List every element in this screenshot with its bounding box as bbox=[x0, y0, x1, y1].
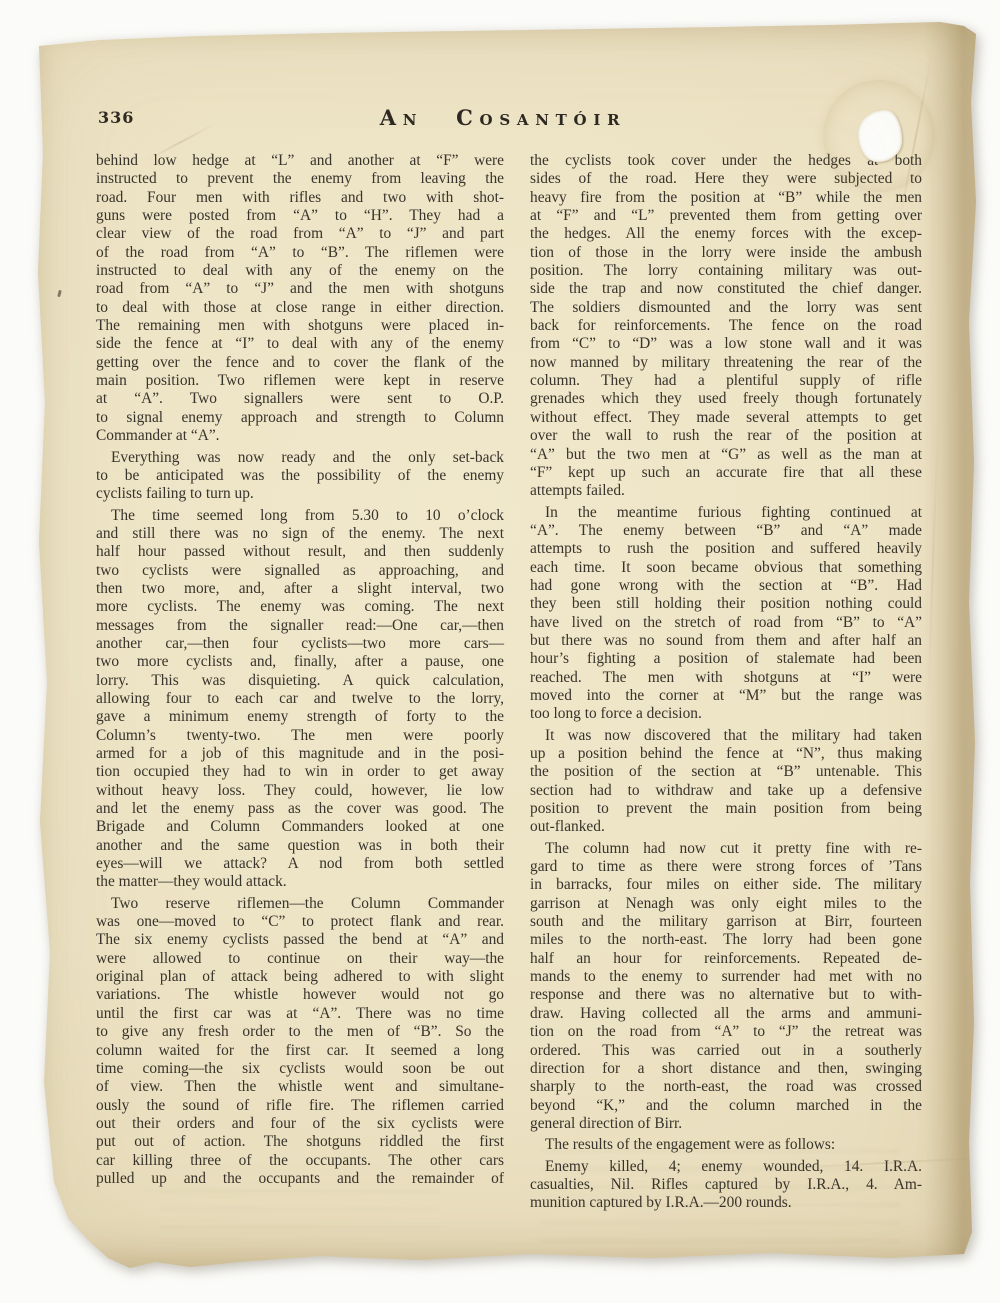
text-line: The column had now cut it pretty fine wi… bbox=[530, 840, 922, 858]
text-line: The remaining men with shotguns were pla… bbox=[96, 317, 504, 335]
text-line: to signal enemy approach and strength to… bbox=[96, 409, 504, 427]
text-line: beyond “K,” and the column marched in th… bbox=[530, 1097, 922, 1115]
text-line: sharply to the north-east, the road was … bbox=[530, 1078, 922, 1096]
text-line: but there was no sound from them and aft… bbox=[530, 632, 922, 650]
text-line: attempts to rush the position and suffer… bbox=[530, 540, 922, 558]
text-line: and let the enemy pass as the cover was … bbox=[96, 800, 504, 818]
crease-line bbox=[926, 402, 939, 722]
text-line: response and there was no alternative bu… bbox=[530, 986, 922, 1004]
paper-edge-shading bbox=[924, 22, 976, 1270]
text-line: draw. Having collected all the arms and … bbox=[530, 1005, 922, 1023]
text-line: allowing four to each car and twelve to … bbox=[96, 690, 504, 708]
text-line: tion on the road from “A” to “J” the ret… bbox=[530, 1023, 922, 1041]
text-line: “A”. The enemy between “B” and “A” made bbox=[530, 522, 922, 540]
text-line: too long to force a decision. bbox=[530, 705, 922, 723]
text-line: ordered. This was carried out in a south… bbox=[530, 1042, 922, 1060]
column-left: behind low hedge at “L” and another at “… bbox=[96, 152, 504, 1213]
text-line: “A” but the two men at “G” as well as th… bbox=[530, 446, 922, 464]
text-line: hour’s fighting a position of stalemate … bbox=[530, 650, 922, 668]
text-line: The results of the engagement were as fo… bbox=[530, 1136, 922, 1154]
text-line: another car,—then four cyclists—two more… bbox=[96, 635, 504, 653]
text-line: south and the military garrison at Birr,… bbox=[530, 913, 922, 931]
text-line: to be anticipated was the possibility of… bbox=[96, 467, 504, 485]
scanned-page: 336 An Cosantóir behind low hedge at “L”… bbox=[30, 22, 976, 1270]
text-line: ously the sound of rifle fire. The rifle… bbox=[96, 1097, 504, 1115]
text-line: eyes—will we attack? A nod from both set… bbox=[96, 855, 504, 873]
text-line: The time seemed long from 5.30 to 10 o’c… bbox=[96, 507, 504, 525]
text-line: two more cyclists and, finally, after a … bbox=[96, 653, 504, 671]
text-line: grenades which they used freely though f… bbox=[530, 390, 922, 408]
text-line: behind low hedge at “L” and another at “… bbox=[96, 152, 504, 170]
text-line: cyclists failing to turn up. bbox=[96, 485, 504, 503]
text-line: to give any fresh order to the men of “B… bbox=[96, 1023, 504, 1041]
paragraph: the cyclists took cover under the hedges… bbox=[530, 152, 922, 501]
text-line: Enemy killed, 4; enemy wounded, 14. I.R.… bbox=[530, 1158, 922, 1176]
text-line: half an hour for reinforcements. Repeate… bbox=[530, 950, 922, 968]
text-line: road. Four men with rifles and two with … bbox=[96, 189, 504, 207]
text-line: more cyclists. The enemy was coming. The… bbox=[96, 598, 504, 616]
paragraph: Enemy killed, 4; enemy wounded, 14. I.R.… bbox=[530, 1158, 922, 1213]
text-line: they been still holding their position n… bbox=[530, 595, 922, 613]
paragraph: The results of the engagement were as fo… bbox=[530, 1136, 922, 1154]
text-line: side the fence at “I” to deal with any o… bbox=[96, 335, 504, 353]
text-line: of the road from “A” to “B”. The rifleme… bbox=[96, 244, 504, 262]
text-line: were allowed to continue on their way—th… bbox=[96, 950, 504, 968]
column-right: the cyclists took cover under the hedges… bbox=[530, 152, 922, 1213]
text-line: In the meantime furious fighting continu… bbox=[530, 504, 922, 522]
text-line: guns were posted from “A” to “H”. They h… bbox=[96, 207, 504, 225]
text-line: The soldiers dismounted and the lorry wa… bbox=[530, 299, 922, 317]
text-line: at “A”. Two signallers were sent to O.P. bbox=[96, 390, 504, 408]
text-line: half hour passed without result, and the… bbox=[96, 543, 504, 561]
text-line: the position of the section at “B” unten… bbox=[530, 763, 922, 781]
text-line: and still there was no sign of the enemy… bbox=[96, 525, 504, 543]
text-line: without heavy loss. They could, however,… bbox=[96, 782, 504, 800]
text-line: garrison at Nenagh was only eight miles … bbox=[530, 895, 922, 913]
text-line: Commander at “A”. bbox=[96, 427, 504, 445]
text-line: getting over the fence and to cover the … bbox=[96, 354, 504, 372]
text-line: It was now discovered that the military … bbox=[530, 727, 922, 745]
article-body: behind low hedge at “L” and another at “… bbox=[96, 152, 922, 1213]
text-line: instructed to prevent the enemy from lea… bbox=[96, 170, 504, 188]
text-line: The six enemy cyclists passed the bend a… bbox=[96, 931, 504, 949]
torn-hole bbox=[858, 110, 902, 162]
paragraph: Everything was now ready and the only se… bbox=[96, 449, 504, 504]
text-line: time coming—the six cyclists would soon … bbox=[96, 1060, 504, 1078]
text-line: out-flanked. bbox=[530, 818, 922, 836]
paragraph: In the meantime furious fighting continu… bbox=[530, 504, 922, 724]
text-line: over the wall to rush the rear of the po… bbox=[530, 427, 922, 445]
text-line: was one—moved to “C” to protect flank an… bbox=[96, 913, 504, 931]
text-line: messages from the signaller read:—One ca… bbox=[96, 617, 504, 635]
text-line: original plan of attack being adhered to… bbox=[96, 968, 504, 986]
text-line: casualties, Nil. Rifles captured by I.R.… bbox=[530, 1176, 922, 1194]
text-line: instructed to deal with any of the enemy… bbox=[96, 262, 504, 280]
text-line: section had to withdraw and take up a de… bbox=[530, 782, 922, 800]
text-line: heavy fire from the position at “B” whil… bbox=[530, 189, 922, 207]
text-line: gave a minimum enemy strength of forty t… bbox=[96, 708, 504, 726]
ink-speck bbox=[476, 1124, 480, 1128]
text-line: up a position behind the fence at “N”, t… bbox=[530, 745, 922, 763]
text-line: reached. The men with shotguns at “I” we… bbox=[530, 669, 922, 687]
text-line: column. They had a plentiful supply of r… bbox=[530, 372, 922, 390]
text-line: column waited for the first car. It seem… bbox=[96, 1042, 504, 1060]
text-line: general direction of Birr. bbox=[530, 1115, 922, 1133]
text-line: then two more, and, after a slight inter… bbox=[96, 580, 504, 598]
text-line: put out of action. The shotguns riddled … bbox=[96, 1133, 504, 1151]
text-line: had gone wrong with the section at “B”. … bbox=[530, 577, 922, 595]
text-line: until the first car was at “A”. There wa… bbox=[96, 1005, 504, 1023]
text-line: back for reinforcements. The fence on th… bbox=[530, 317, 922, 335]
text-line: munition captured by I.R.A.—200 rounds. bbox=[530, 1194, 922, 1212]
text-line: of view. Then the whistle went and simul… bbox=[96, 1078, 504, 1096]
text-line: position to prevent the main position fr… bbox=[530, 800, 922, 818]
text-line: two cyclists were signalled as approachi… bbox=[96, 562, 504, 580]
scanned-page-wrap: 336 An Cosantóir behind low hedge at “L”… bbox=[30, 22, 976, 1270]
text-line: to deal with those at close range in eit… bbox=[96, 299, 504, 317]
paragraph: The column had now cut it pretty fine wi… bbox=[530, 840, 922, 1134]
text-line: side the trap and now constituted the ch… bbox=[530, 280, 922, 298]
text-line: direction for a short distance and then,… bbox=[530, 1060, 922, 1078]
text-line: the hedges. All the enemy forces with th… bbox=[530, 225, 922, 243]
text-line: each time. It soon became obvious that s… bbox=[530, 559, 922, 577]
text-line: without effect. They made several attemp… bbox=[530, 409, 922, 427]
text-line: now manned by military threatening the r… bbox=[530, 354, 922, 372]
text-line: another and the same question was in bot… bbox=[96, 837, 504, 855]
ink-speck bbox=[57, 290, 62, 298]
text-line: car killing three of the occupants. The … bbox=[96, 1152, 504, 1170]
text-line: from “C” to “D” was a low stone wall and… bbox=[530, 335, 922, 353]
paragraph: The time seemed long from 5.30 to 10 o’c… bbox=[96, 507, 504, 892]
text-line: have lived on the stretch of road from “… bbox=[530, 614, 922, 632]
text-line: variations. The whistle however would no… bbox=[96, 986, 504, 1004]
text-line: moved into the corner at “M” but the ran… bbox=[530, 687, 922, 705]
text-line: attempts failed. bbox=[530, 482, 922, 500]
text-line: gard to time as there were strong forces… bbox=[530, 858, 922, 876]
text-line: pulled up and the occupants and the rema… bbox=[96, 1170, 504, 1188]
text-line: miles to the north-east. The lorry had b… bbox=[530, 931, 922, 949]
text-line: Column’s twenty-two. The men were poorly bbox=[96, 727, 504, 745]
text-line: tion of those in the lorry were inside t… bbox=[530, 244, 922, 262]
text-line: out their orders and four of the six cyc… bbox=[96, 1115, 504, 1133]
text-line: mands to the enemy to surrender had met … bbox=[530, 968, 922, 986]
text-line: the matter—they would attack. bbox=[96, 873, 504, 891]
text-line: main position. Two riflemen were kept in… bbox=[96, 372, 504, 390]
paragraph: behind low hedge at “L” and another at “… bbox=[96, 152, 504, 446]
paragraph: Two reserve riflemen—the Column Commande… bbox=[96, 895, 504, 1189]
text-line: road from “A” to “J” and the men with sh… bbox=[96, 280, 504, 298]
text-line: Brigade and Column Commanders looked at … bbox=[96, 818, 504, 836]
text-line: in barracks, four miles on either side. … bbox=[530, 876, 922, 894]
text-line: armed for a job of this magnitude and in… bbox=[96, 745, 504, 763]
text-line: position. The lorry containing military … bbox=[530, 262, 922, 280]
text-line: clear view of the road from “A” to “J” a… bbox=[96, 225, 504, 243]
text-line: “F” kept up such an accurate fire that a… bbox=[530, 464, 922, 482]
text-line: Two reserve riflemen—the Column Commande… bbox=[96, 895, 504, 913]
text-line: at “F” and “L” prevented them from getti… bbox=[530, 207, 922, 225]
text-line: Everything was now ready and the only se… bbox=[96, 449, 504, 467]
paragraph: It was now discovered that the military … bbox=[530, 727, 922, 837]
text-line: tion occupied they had to win in order t… bbox=[96, 763, 504, 781]
text-line: lorry. This was disquieting. A quick cal… bbox=[96, 672, 504, 690]
